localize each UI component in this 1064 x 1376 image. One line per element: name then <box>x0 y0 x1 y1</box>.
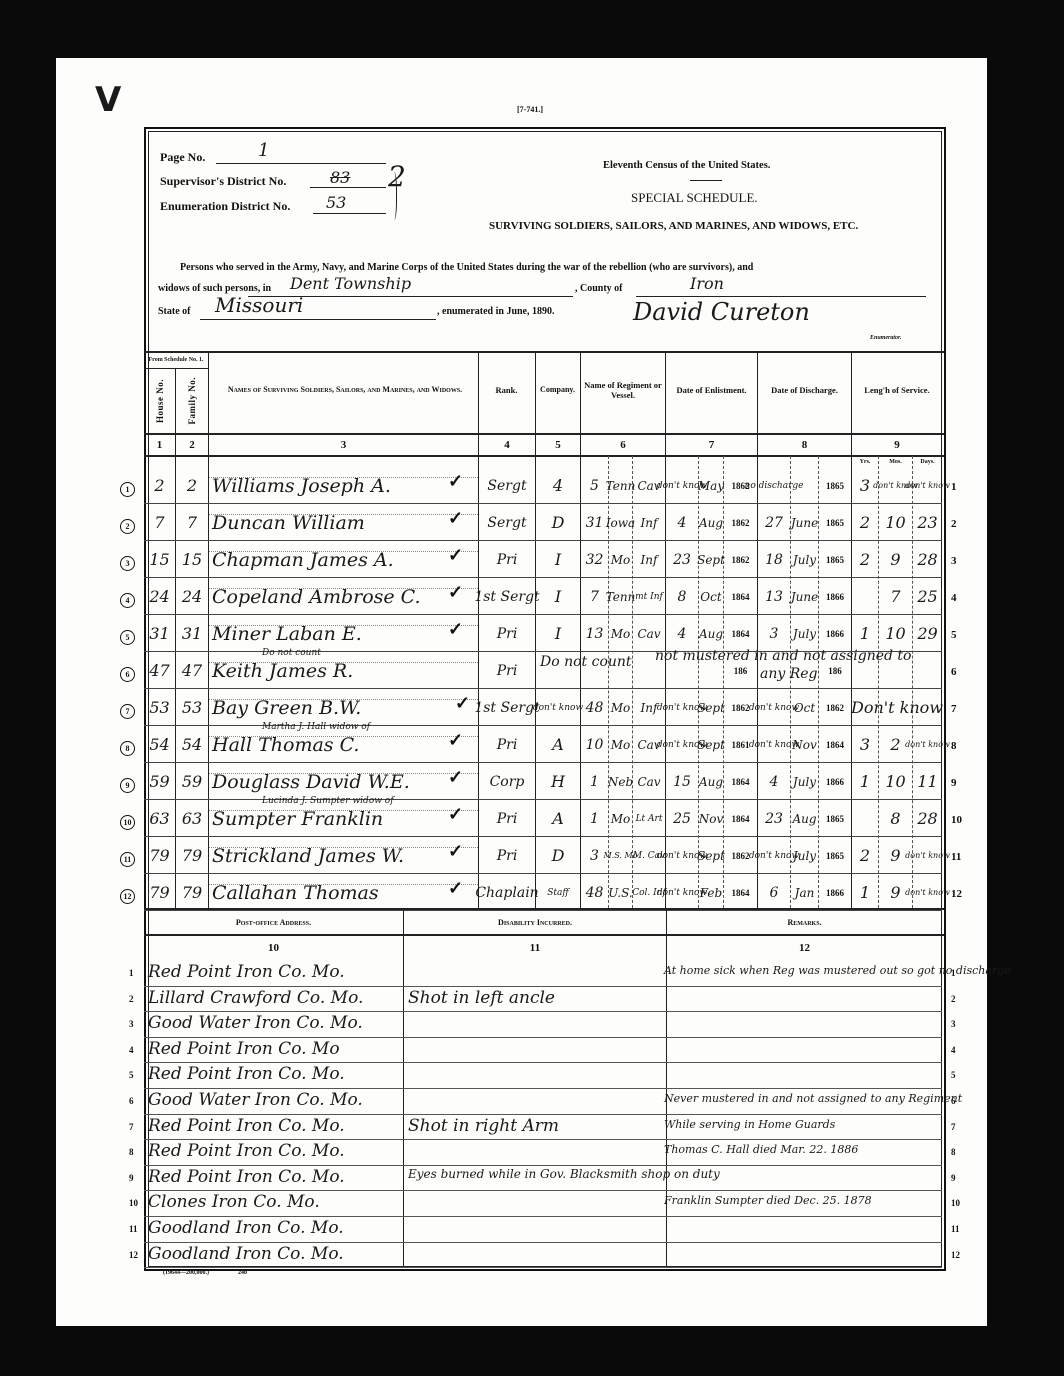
remarks: While serving in Home Guards <box>664 1118 835 1131</box>
enlistment-month-cell: Aug <box>699 615 723 652</box>
line-circle-marker: 8 <box>120 738 135 756</box>
service-years-cell: 1 <box>852 874 878 911</box>
enlistment-year-cell: 1862 <box>724 689 757 726</box>
discharge-day-cell: 23 <box>758 800 790 837</box>
discharge-year-cell: 1866 <box>819 615 851 652</box>
print-number: 240 <box>238 1270 247 1276</box>
company-cell: I <box>536 578 580 615</box>
line-number: 3 <box>951 1019 956 1029</box>
col-header-house-no: House No. <box>144 369 175 433</box>
discharge-month-cell: July <box>791 541 818 578</box>
discharge-day-cell: don't know <box>758 837 790 874</box>
census-title: Eleventh Census of the United States. <box>603 160 770 171</box>
line-number: 2 <box>129 994 134 1004</box>
check-mark-icon: ✓ <box>448 730 463 751</box>
supervisor-district-label: Supervisor's District No. <box>160 174 286 189</box>
enlistment-month-cell: Sept <box>699 541 723 578</box>
regiment-state-cell: Mo <box>609 689 632 726</box>
discharge-year-cell: 1865 <box>819 541 851 578</box>
soldier-name: Hall Thomas C. <box>212 734 359 756</box>
service-years-cell <box>852 578 878 615</box>
post-office-address: Red Point Iron Co. Mo. <box>148 1167 345 1187</box>
service-months-cell: 9 <box>879 541 912 578</box>
enlistment-month-cell: Aug <box>699 763 723 800</box>
family-no-cell: 79 <box>176 837 208 874</box>
post-office-address: Goodland Iron Co. Mo. <box>148 1218 344 1238</box>
intro-text: Persons who served in the Army, Navy, an… <box>180 262 753 273</box>
remarks: At home sick when Reg was mustered out s… <box>664 964 1011 977</box>
line-number: 7 <box>951 1122 956 1132</box>
line-number: 3 <box>951 555 957 567</box>
house-no-cell: 47 <box>144 652 175 689</box>
state-value: Missouri <box>215 293 303 317</box>
post-office-address: Red Point Iron Co. Mo. <box>148 1116 345 1136</box>
enlistment-year-cell: 1862 <box>724 504 757 541</box>
col-header-family-no: Family No. <box>176 369 208 433</box>
service-days-cell: don't know <box>913 467 942 504</box>
post-office-address: Good Water Iron Co. Mo. <box>148 1090 363 1110</box>
line-circle-marker: 4 <box>120 590 135 608</box>
regiment-state-cell: Mo <box>609 541 632 578</box>
enlistment-month-cell: Aug <box>699 504 723 541</box>
company-cell: A <box>536 726 580 763</box>
service-days-cell: 28 <box>913 541 942 578</box>
page-no-label: Page No. <box>160 150 205 165</box>
discharge-day-cell: 3 <box>758 615 790 652</box>
check-mark-icon: ✓ <box>448 508 463 529</box>
col-header-disability: Disability Incurred. <box>404 910 666 934</box>
regiment-arm-cell: mt Inf <box>633 578 665 615</box>
regiment-arm-cell: Cav <box>633 763 665 800</box>
col-num: 5 <box>536 434 580 455</box>
discharge-month-cell: Aug <box>791 800 818 837</box>
regiment-number-cell: 13 <box>581 615 608 652</box>
col-num: 9 <box>852 434 942 455</box>
discharge-day-cell: don't know <box>758 726 790 763</box>
col-num: 6 <box>581 434 665 455</box>
service-years-cell: 2 <box>852 504 878 541</box>
regiment-state-cell: M.S. Mo <box>609 837 632 874</box>
discharge-month-cell: June <box>791 578 818 615</box>
check-mark-icon: ✓ <box>448 471 463 492</box>
house-no-cell: 79 <box>144 837 175 874</box>
line-number: 12 <box>129 1250 138 1260</box>
soldier-name: Duncan William <box>212 512 365 534</box>
enlistment-month-cell: Sept <box>699 837 723 874</box>
regiment-number-cell: 32 <box>581 541 608 578</box>
enlistment-year-cell: 1864 <box>724 874 757 911</box>
enlistment-day-cell: 4 <box>666 504 698 541</box>
line-number: 2 <box>951 994 956 1004</box>
line-number: 8 <box>951 1147 956 1157</box>
discharge-day-cell: 13 <box>758 578 790 615</box>
regiment-arm-cell: Inf <box>633 504 665 541</box>
soldier-name: Williams Joseph A. <box>212 475 391 497</box>
check-mark-icon: ✓ <box>448 545 463 566</box>
line-number: 1 <box>129 968 134 978</box>
regiment-number-cell: 10 <box>581 726 608 763</box>
regiment-state-cell: Neb <box>609 763 632 800</box>
line-circle-marker: 6 <box>120 664 135 682</box>
bracket-mark <box>390 172 397 220</box>
line-circle-marker: 12 <box>120 886 135 904</box>
regiment-arm-cell: Cav <box>633 615 665 652</box>
house-no-cell: 15 <box>144 541 175 578</box>
regiment-state-cell: U.S. <box>609 874 632 911</box>
post-office-address: Red Point Iron Co. Mo. <box>148 962 345 982</box>
col-num: 10 <box>144 938 403 958</box>
enlistment-year-cell: 1864 <box>724 763 757 800</box>
enlistment-day-cell: 4 <box>666 615 698 652</box>
discharge-month-cell: Oct <box>791 689 818 726</box>
discharge-month-cell: July <box>791 837 818 874</box>
discharge-day-cell: 18 <box>758 541 790 578</box>
county-label: , County of <box>575 283 623 294</box>
service-days-label: Days. <box>913 457 942 467</box>
enlistment-day-cell: don't know <box>666 689 698 726</box>
page-no-value: 1 <box>258 140 269 161</box>
rank-cell: Pri <box>479 652 535 689</box>
discharge-day-cell: don't know <box>758 689 790 726</box>
print-code: (19644—200,000.) <box>163 1270 209 1276</box>
line-number: 5 <box>951 1070 956 1080</box>
soldier-name: Bay Green B.W. <box>212 697 361 719</box>
check-mark-icon: ✓ <box>455 693 470 714</box>
company-cell: H <box>536 763 580 800</box>
regiment-state-cell: Tenn <box>609 578 632 615</box>
company-cell: don't know <box>536 689 580 726</box>
regiment-number-cell: 48 <box>581 689 608 726</box>
rank-cell: 1st Sergt <box>479 578 535 615</box>
line-circle-marker: 3 <box>120 553 135 571</box>
discharge-day-cell: 4 <box>758 763 790 800</box>
soldier-name: Keith James R. <box>212 660 353 682</box>
line-number: 4 <box>951 592 957 604</box>
enlistment-year-cell: 186 <box>724 652 757 689</box>
line-number: 9 <box>129 1173 134 1183</box>
line-circle-marker: 11 <box>120 849 135 867</box>
col-header-company: Company. <box>535 380 580 400</box>
col-header-service: Leng'h of Service. <box>852 375 942 405</box>
discharge-year-cell: 1866 <box>819 874 851 911</box>
service-days-cell <box>913 652 942 689</box>
enumeration-district-label: Enumeration District No. <box>160 199 290 214</box>
line-number: 9 <box>951 1173 956 1183</box>
discharge-month-cell: July <box>791 763 818 800</box>
family-no-cell: 31 <box>176 615 208 652</box>
col-header-rank: Rank. <box>478 380 535 400</box>
post-office-address: Lillard Crawford Co. Mo. <box>148 988 363 1008</box>
line-number: 1 <box>951 481 957 493</box>
col-header-names: Names of Surviving Soldiers, Sailors, an… <box>225 375 465 405</box>
line-circle-marker: 9 <box>120 775 135 793</box>
schedule-title: SPECIAL SCHEDULE. <box>631 190 758 206</box>
service-months-cell: 7 <box>879 578 912 615</box>
rank-cell: 1st Sergt <box>479 689 535 726</box>
service-days-cell: 25 <box>913 578 942 615</box>
line-number: 3 <box>129 1019 134 1029</box>
col-header-remarks: Remarks. <box>667 910 942 934</box>
discharge-year-cell: 1862 <box>819 689 851 726</box>
house-no-cell: 31 <box>144 615 175 652</box>
family-no-cell: 54 <box>176 726 208 763</box>
service-months-cell <box>879 652 912 689</box>
line-circle-marker: 7 <box>120 701 135 719</box>
enlistment-month-cell: Feb <box>699 874 723 911</box>
enlistment-year-cell: 1864 <box>724 615 757 652</box>
enlistment-day-cell: don't know <box>666 874 698 911</box>
enumerator-label: Enumerator. <box>870 335 902 341</box>
family-no-cell: 59 <box>176 763 208 800</box>
discharge-month-cell: July <box>791 615 818 652</box>
rank-cell: Sergt <box>479 467 535 504</box>
regiment-state-cell: Mo <box>609 726 632 763</box>
service-months-cell: 10 <box>879 504 912 541</box>
check-mark-icon: ✓ <box>448 878 463 899</box>
line-number: 10 <box>951 814 962 826</box>
discharge-year-cell: 186 <box>819 652 851 689</box>
line-circle-marker: 1 <box>120 479 135 497</box>
post-office-address: Good Water Iron Co. Mo. <box>148 1013 363 1033</box>
regiment-arm-cell: Inf <box>633 541 665 578</box>
enumeration-district-value: 53 <box>326 193 346 212</box>
enlistment-day-cell: 15 <box>666 763 698 800</box>
enlistment-month-cell: Sept <box>699 689 723 726</box>
enlistment-day-cell: don't know <box>666 726 698 763</box>
soldier-name: Strickland James W. <box>212 845 404 867</box>
enlistment-year-cell: 1864 <box>724 800 757 837</box>
service-length-cell: Don't know <box>852 689 942 726</box>
discharge-day-cell: 6 <box>758 874 790 911</box>
service-yrs-label: Yrs. <box>852 457 878 467</box>
line-number: 11 <box>951 1224 960 1234</box>
township-value: Dent Township <box>290 274 411 293</box>
col-num: 7 <box>666 434 757 455</box>
regiment-number-cell: 31 <box>581 504 608 541</box>
line-number: 6 <box>129 1096 134 1106</box>
enlistment-month-cell: Nov <box>699 800 723 837</box>
state-label: State of <box>158 306 191 317</box>
family-no-cell: 53 <box>176 689 208 726</box>
house-no-cell: 7 <box>144 504 175 541</box>
discharge-month-cell: Nov <box>791 726 818 763</box>
enlistment-month-cell: Oct <box>699 578 723 615</box>
col-num: 3 <box>209 434 478 455</box>
line-number: 10 <box>129 1198 138 1208</box>
check-mark-icon: ✓ <box>448 767 463 788</box>
from-schedule-label: From Schedule No. 1. <box>144 353 208 368</box>
col-header-regiment: Name of Regiment or Vessel. <box>581 375 665 405</box>
col-header-enlistment: Date of Enlistment. <box>666 375 757 405</box>
house-no-cell: 24 <box>144 578 175 615</box>
house-no-cell: 2 <box>144 467 175 504</box>
col-num: 12 <box>667 938 942 958</box>
remarks: Never mustered in and not assigned to an… <box>664 1092 962 1105</box>
service-years-cell: 3 <box>852 726 878 763</box>
company-cell: D <box>536 504 580 541</box>
line-number: 8 <box>951 740 957 752</box>
discharge-year-cell: 1865 <box>819 837 851 874</box>
discharge-day-cell: 27 <box>758 504 790 541</box>
regiment-number-cell: 7 <box>581 578 608 615</box>
soldier-name: Douglass David W.E. <box>212 771 410 793</box>
rank-cell: Corp <box>479 763 535 800</box>
line-circle-marker: 10 <box>120 812 135 830</box>
soldier-name: Chapman James A. <box>212 549 394 571</box>
line-number: 5 <box>951 629 957 641</box>
margin-check-mark: V <box>95 80 121 120</box>
service-days-cell: 29 <box>913 615 942 652</box>
check-mark-icon: ✓ <box>448 582 463 603</box>
discharge-month-cell: Jan <box>791 874 818 911</box>
family-no-cell: 24 <box>176 578 208 615</box>
line-number: 4 <box>129 1045 134 1055</box>
rank-cell: Pri <box>479 541 535 578</box>
discharge-day-cell: no discharge <box>758 467 790 504</box>
enlistment-year-cell: 1862 <box>724 837 757 874</box>
company-cell: D <box>536 837 580 874</box>
post-office-address: Red Point Iron Co. Mo <box>148 1039 340 1059</box>
service-months-cell: 8 <box>879 800 912 837</box>
service-months-cell: 10 <box>879 763 912 800</box>
regiment-state-cell: Mo <box>609 615 632 652</box>
soldier-name: Miner Laban E. <box>212 623 362 645</box>
soldier-name: Sumpter Franklin <box>212 808 383 830</box>
family-no-cell: 7 <box>176 504 208 541</box>
family-no-cell: 63 <box>176 800 208 837</box>
line-number: 9 <box>951 777 957 789</box>
discharge-month-cell: June <box>791 504 818 541</box>
rank-cell: Pri <box>479 800 535 837</box>
enlistment-day-cell: 25 <box>666 800 698 837</box>
service-years-cell: 2 <box>852 837 878 874</box>
service-years-cell: 2 <box>852 541 878 578</box>
line-number: 10 <box>951 1198 960 1208</box>
regiment-number-cell: 1 <box>581 800 608 837</box>
house-no-cell: 79 <box>144 874 175 911</box>
company-cell: 4 <box>536 467 580 504</box>
regiment-number-cell: 48 <box>581 874 608 911</box>
post-office-address: Red Point Iron Co. Mo. <box>148 1141 345 1161</box>
service-years-cell <box>852 800 878 837</box>
widow-note: Do not count <box>262 648 321 658</box>
supervisor-district-struck-value: 83 <box>330 168 350 187</box>
discharge-year-cell: 1865 <box>819 504 851 541</box>
house-no-cell: 53 <box>144 689 175 726</box>
rank-cell: Sergt <box>479 504 535 541</box>
house-no-cell: 59 <box>144 763 175 800</box>
line-number: 12 <box>951 1250 960 1260</box>
enlistment-year-cell: 1861 <box>724 726 757 763</box>
disability-incurred: Shot in left ancle <box>408 988 555 1008</box>
rank-cell: Pri <box>479 837 535 874</box>
rank-cell: Chaplain <box>479 874 535 911</box>
regiment-number-cell: 5 <box>581 467 608 504</box>
widow-note: Martha J. Hall widow of <box>262 722 370 732</box>
family-no-cell: 79 <box>176 874 208 911</box>
line-circle-marker: 5 <box>120 627 135 645</box>
form-code: [7-741.] <box>517 105 543 114</box>
company-cell: Staff <box>536 874 580 911</box>
line-number: 7 <box>951 703 957 715</box>
family-no-cell: 2 <box>176 467 208 504</box>
check-mark-icon: ✓ <box>448 619 463 640</box>
discharge-month-cell <box>791 467 818 504</box>
rank-cell: Pri <box>479 726 535 763</box>
service-days-cell: 28 <box>913 800 942 837</box>
enlistment-year-cell: 1864 <box>724 578 757 615</box>
enumerated-label: , enumerated in June, 1890. <box>437 306 555 317</box>
regiment-state-cell: Iowa <box>609 504 632 541</box>
enlistment-day-cell: don't know <box>666 837 698 874</box>
enlistment-month-cell: Sept <box>699 726 723 763</box>
discharge-year-cell: 1865 <box>819 800 851 837</box>
enlistment-day-cell: 8 <box>666 578 698 615</box>
line-number: 5 <box>129 1070 134 1080</box>
regiment-number-cell: 1 <box>581 763 608 800</box>
schedule-subtitle: SURVIVING SOLDIERS, SAILORS, AND MARINES… <box>489 220 858 232</box>
service-days-cell: don't know <box>913 874 942 911</box>
col-num: 8 <box>758 434 851 455</box>
service-years-cell: 1 <box>852 615 878 652</box>
company-cell: I <box>536 541 580 578</box>
post-office-address: Goodland Iron Co. Mo. <box>148 1244 344 1264</box>
disability-incurred: Eyes burned while in Gov. Blacksmith sho… <box>408 1167 720 1181</box>
col-header-discharge: Date of Discharge. <box>758 375 851 405</box>
remarks: Thomas C. Hall died Mar. 22. 1886 <box>664 1143 858 1156</box>
col-num: 2 <box>176 434 208 455</box>
county-value: Iron <box>690 274 724 293</box>
enlistment-year-cell: 1862 <box>724 541 757 578</box>
service-months-cell: 10 <box>879 615 912 652</box>
service-years-cell: 1 <box>852 763 878 800</box>
widow-note: Lucinda J. Sumpter widow of <box>262 796 394 806</box>
rank-cell: Pri <box>479 615 535 652</box>
line-number: 6 <box>951 666 957 678</box>
enumerator-value: David Cureton <box>633 298 810 326</box>
regiment-state-cell: Tenn <box>609 467 632 504</box>
house-no-cell: 54 <box>144 726 175 763</box>
house-no-cell: 63 <box>144 800 175 837</box>
line-number: 2 <box>951 518 957 530</box>
family-no-cell: 15 <box>176 541 208 578</box>
service-mos-label: Mos. <box>879 457 912 467</box>
service-years-cell <box>852 652 878 689</box>
regiment-state-cell: Mo <box>609 800 632 837</box>
discharge-year-cell: 1866 <box>819 763 851 800</box>
service-days-cell: 11 <box>913 763 942 800</box>
line-number: 8 <box>129 1147 134 1157</box>
soldier-name: Copeland Ambrose C. <box>212 586 421 608</box>
company-cell: A <box>536 800 580 837</box>
col-num: 4 <box>479 434 535 455</box>
remarks: Franklin Sumpter died Dec. 25. 1878 <box>664 1194 872 1207</box>
line-number: 7 <box>129 1122 134 1132</box>
any-reg-note: any Reg <box>760 666 818 682</box>
discharge-year-cell: 1866 <box>819 578 851 615</box>
enlistment-day-cell: don't know <box>666 467 698 504</box>
line-number: 11 <box>951 851 961 863</box>
line-number: 4 <box>951 1045 956 1055</box>
enlistment-month-cell: May <box>699 467 723 504</box>
col-num: 11 <box>404 938 666 958</box>
service-days-cell: 23 <box>913 504 942 541</box>
line-number: 11 <box>129 1224 138 1234</box>
enlistment-day-cell: 23 <box>666 541 698 578</box>
line-circle-marker: 2 <box>120 516 135 534</box>
service-days-cell: don't know <box>913 837 942 874</box>
service-days-cell: don't know <box>913 726 942 763</box>
